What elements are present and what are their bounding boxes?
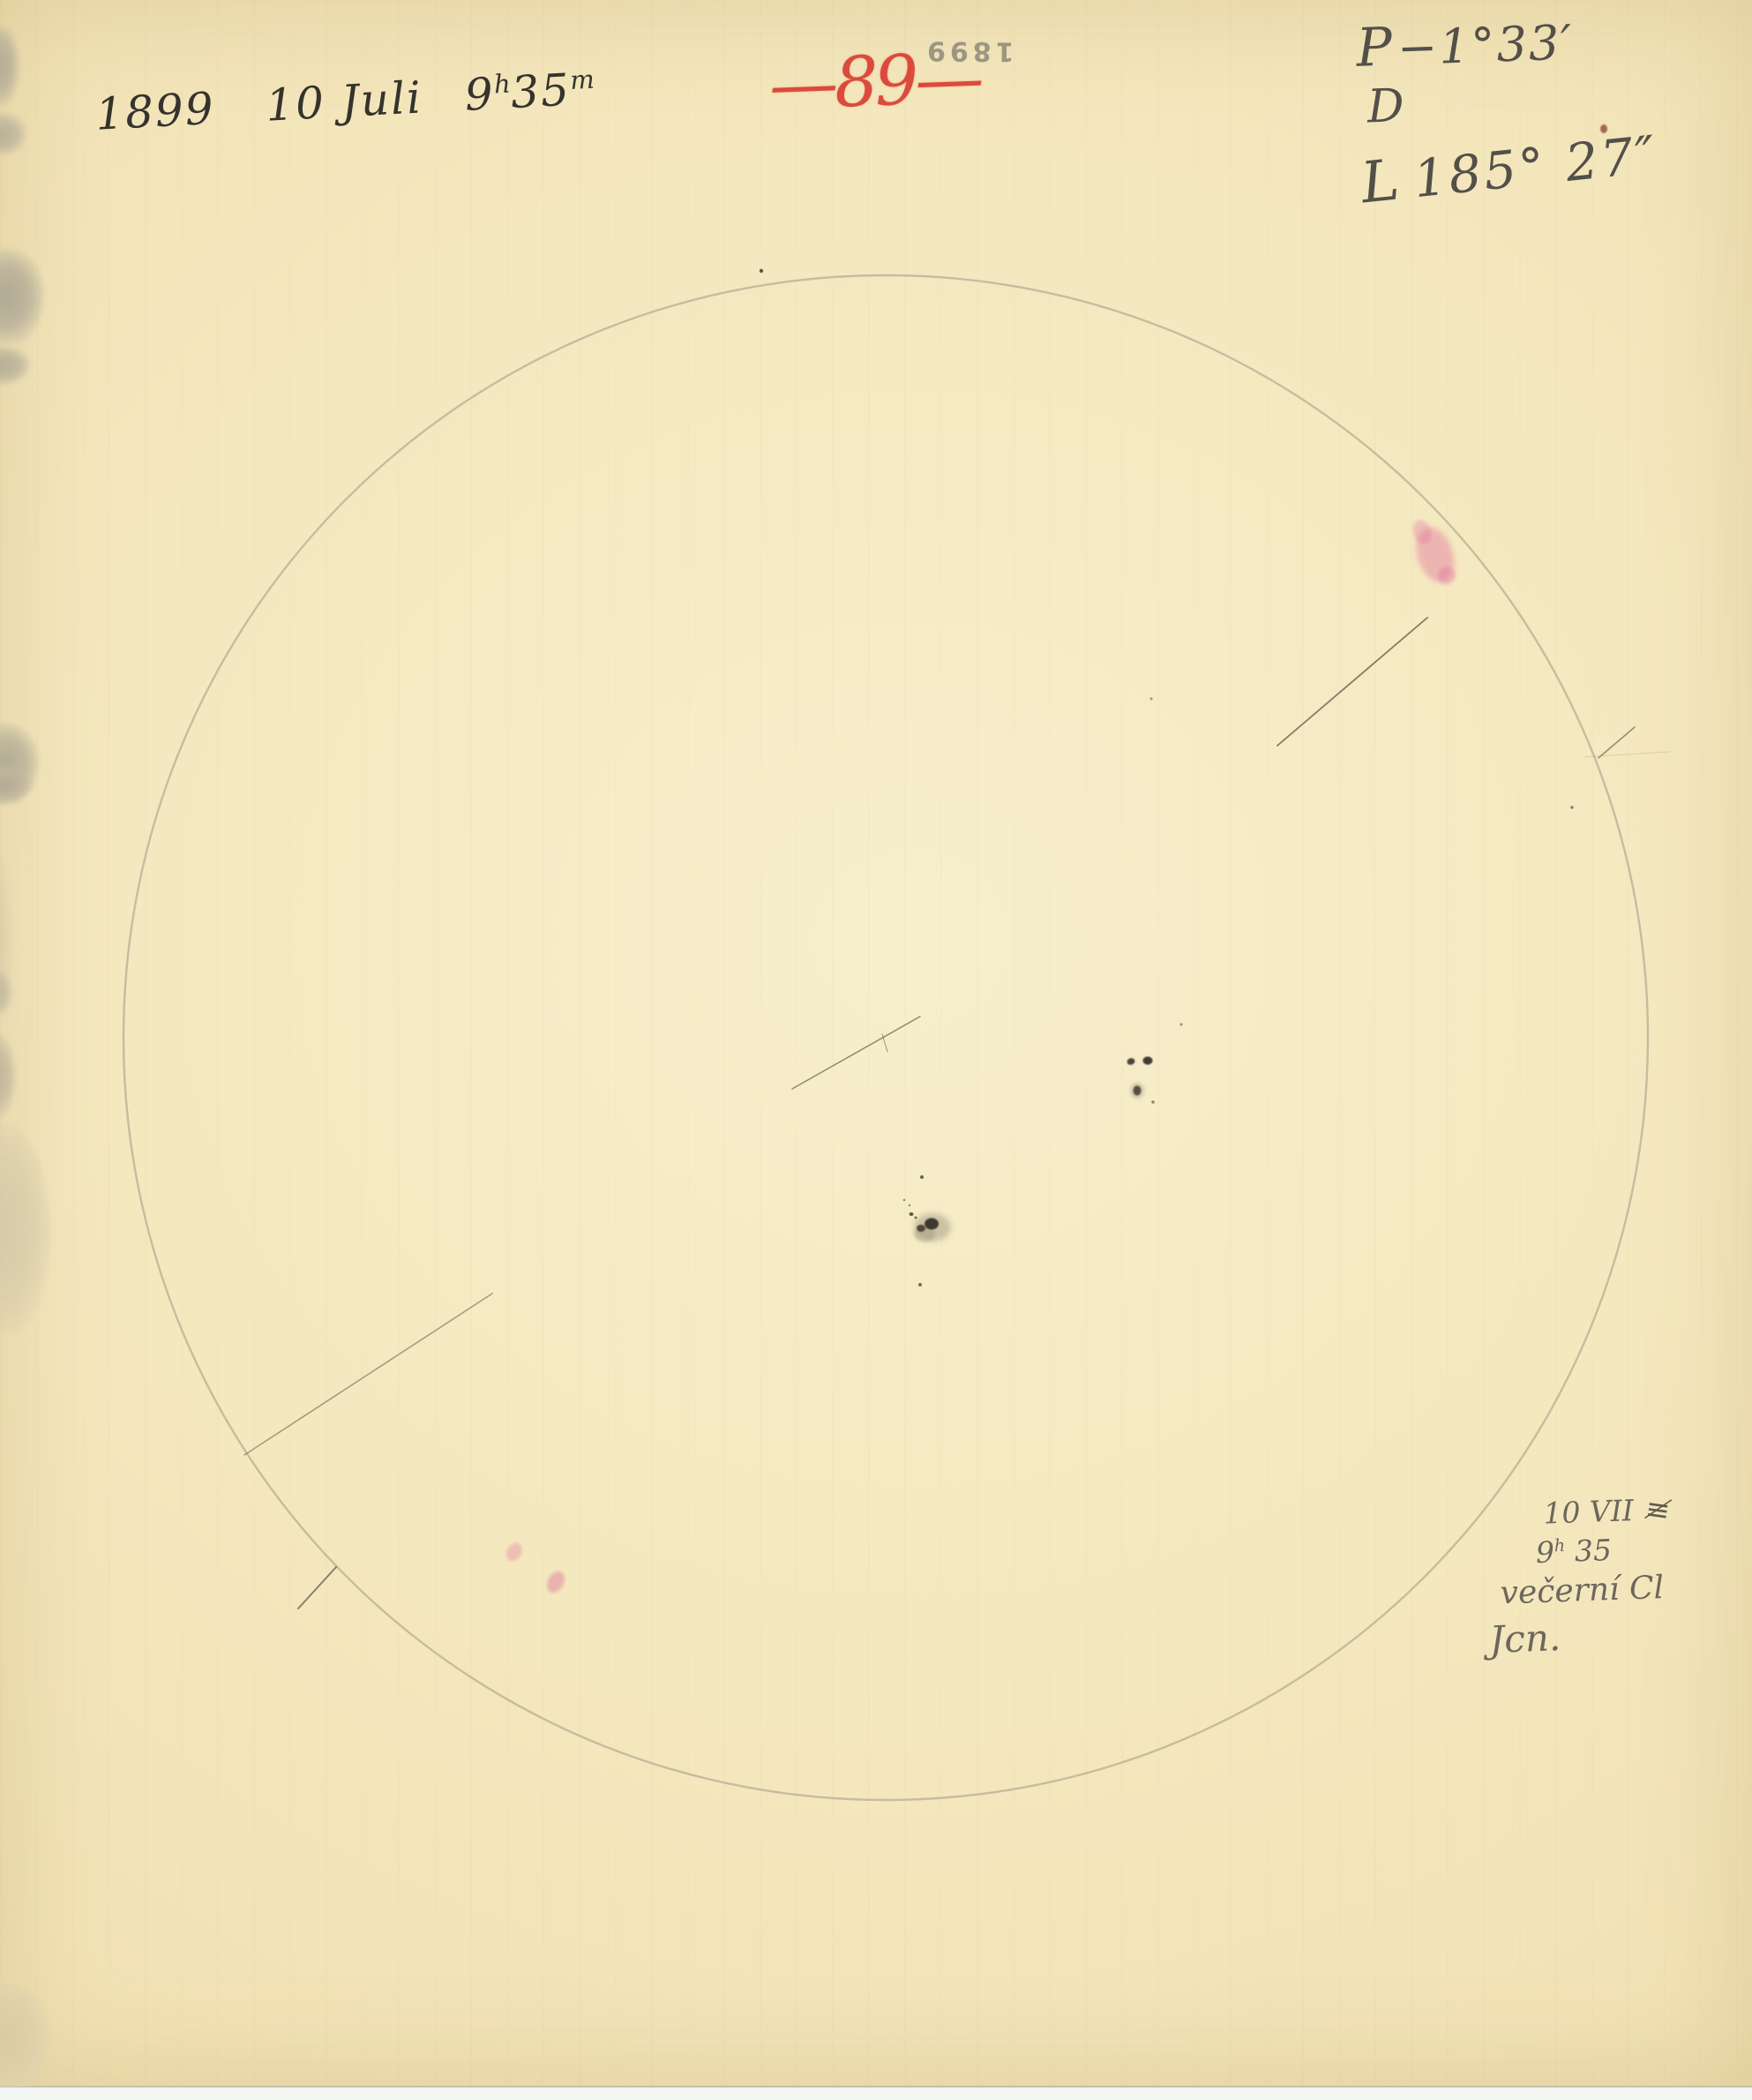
scratch-line (1277, 618, 1427, 746)
sunspot-mark (918, 1283, 922, 1286)
red-pencil-smudge (504, 1541, 525, 1564)
sunspot-mark (760, 269, 763, 273)
observation-drawing (0, 0, 1752, 2100)
observer-hour: 9 (1535, 1534, 1554, 1570)
date-year: 1899 (94, 83, 216, 140)
p-value: −1°33′ (1396, 14, 1575, 76)
sunspot-mark (1570, 806, 1574, 809)
red-pencil-smudge (1438, 566, 1456, 584)
scratch-line (244, 1294, 492, 1455)
drawing-layer (124, 124, 1670, 1800)
d-label: D (1366, 79, 1405, 133)
sunspot-mark (1143, 1056, 1153, 1064)
coordinate-annotations: P−1°33′ D L185° 27″ (1355, 7, 1658, 206)
sunspot-mark (909, 1204, 911, 1207)
sunspot-mark (1180, 1024, 1183, 1026)
p-label: P (1355, 16, 1395, 79)
date-day: 10 Juli (265, 71, 424, 131)
sunspot-mark (920, 1175, 924, 1179)
observer-time-line: 9h 35 (1535, 1528, 1672, 1571)
sunspot-mark (925, 1219, 939, 1230)
sunspot-mark (1151, 1100, 1155, 1104)
observer-notes: 10 VII≢ 9h 35 večerní Cl Jcn. (1497, 1490, 1676, 1664)
time-minute-unit: m (569, 64, 595, 95)
time-hour-unit: h (493, 69, 511, 100)
red-pencil-smudge (543, 1568, 568, 1595)
year-stamp: 1899 (923, 35, 1015, 67)
observer-minute: 35 (1574, 1533, 1612, 1568)
l-label: L (1358, 147, 1404, 216)
time-hour: 9 (463, 68, 496, 121)
sunspot-mark (1126, 1057, 1135, 1066)
observer-date: 10 VII (1543, 1493, 1635, 1531)
observer-hour-unit: h (1554, 1534, 1565, 1555)
scratch-line (298, 1567, 336, 1609)
scribble-mark: ≢ (1643, 1489, 1673, 1530)
observer-date-line: 10 VII≢ (1543, 1490, 1671, 1534)
paper-background: 189910 Juli9h35m —89— 1899 P−1°33′ D L18… (0, 0, 1752, 2088)
sunspot-mark (1134, 1086, 1142, 1096)
scratch-line (792, 1016, 920, 1089)
solar-disk-outline (124, 275, 1648, 1800)
sunspot-mark (917, 1225, 925, 1232)
sunspot-mark (915, 1217, 917, 1219)
sunspot-mark (910, 1212, 914, 1216)
observer-note-line: večerní Cl (1500, 1567, 1674, 1615)
p-angle-line: P−1°33′ (1355, 7, 1654, 79)
time-minute: 35 (510, 64, 573, 118)
l-value: 185° 27″ (1411, 124, 1660, 210)
sunspot-mark (903, 1199, 906, 1202)
scratch-line (1599, 727, 1635, 758)
sunspot-mark (1149, 697, 1152, 700)
scratch-line (1584, 752, 1670, 757)
observer-signature: Jcn. (1488, 1609, 1675, 1664)
scanner-background-strip (0, 2087, 1752, 2100)
scanned-observation-sheet: 189910 Juli9h35m —89— 1899 P−1°33′ D L18… (0, 0, 1752, 2100)
